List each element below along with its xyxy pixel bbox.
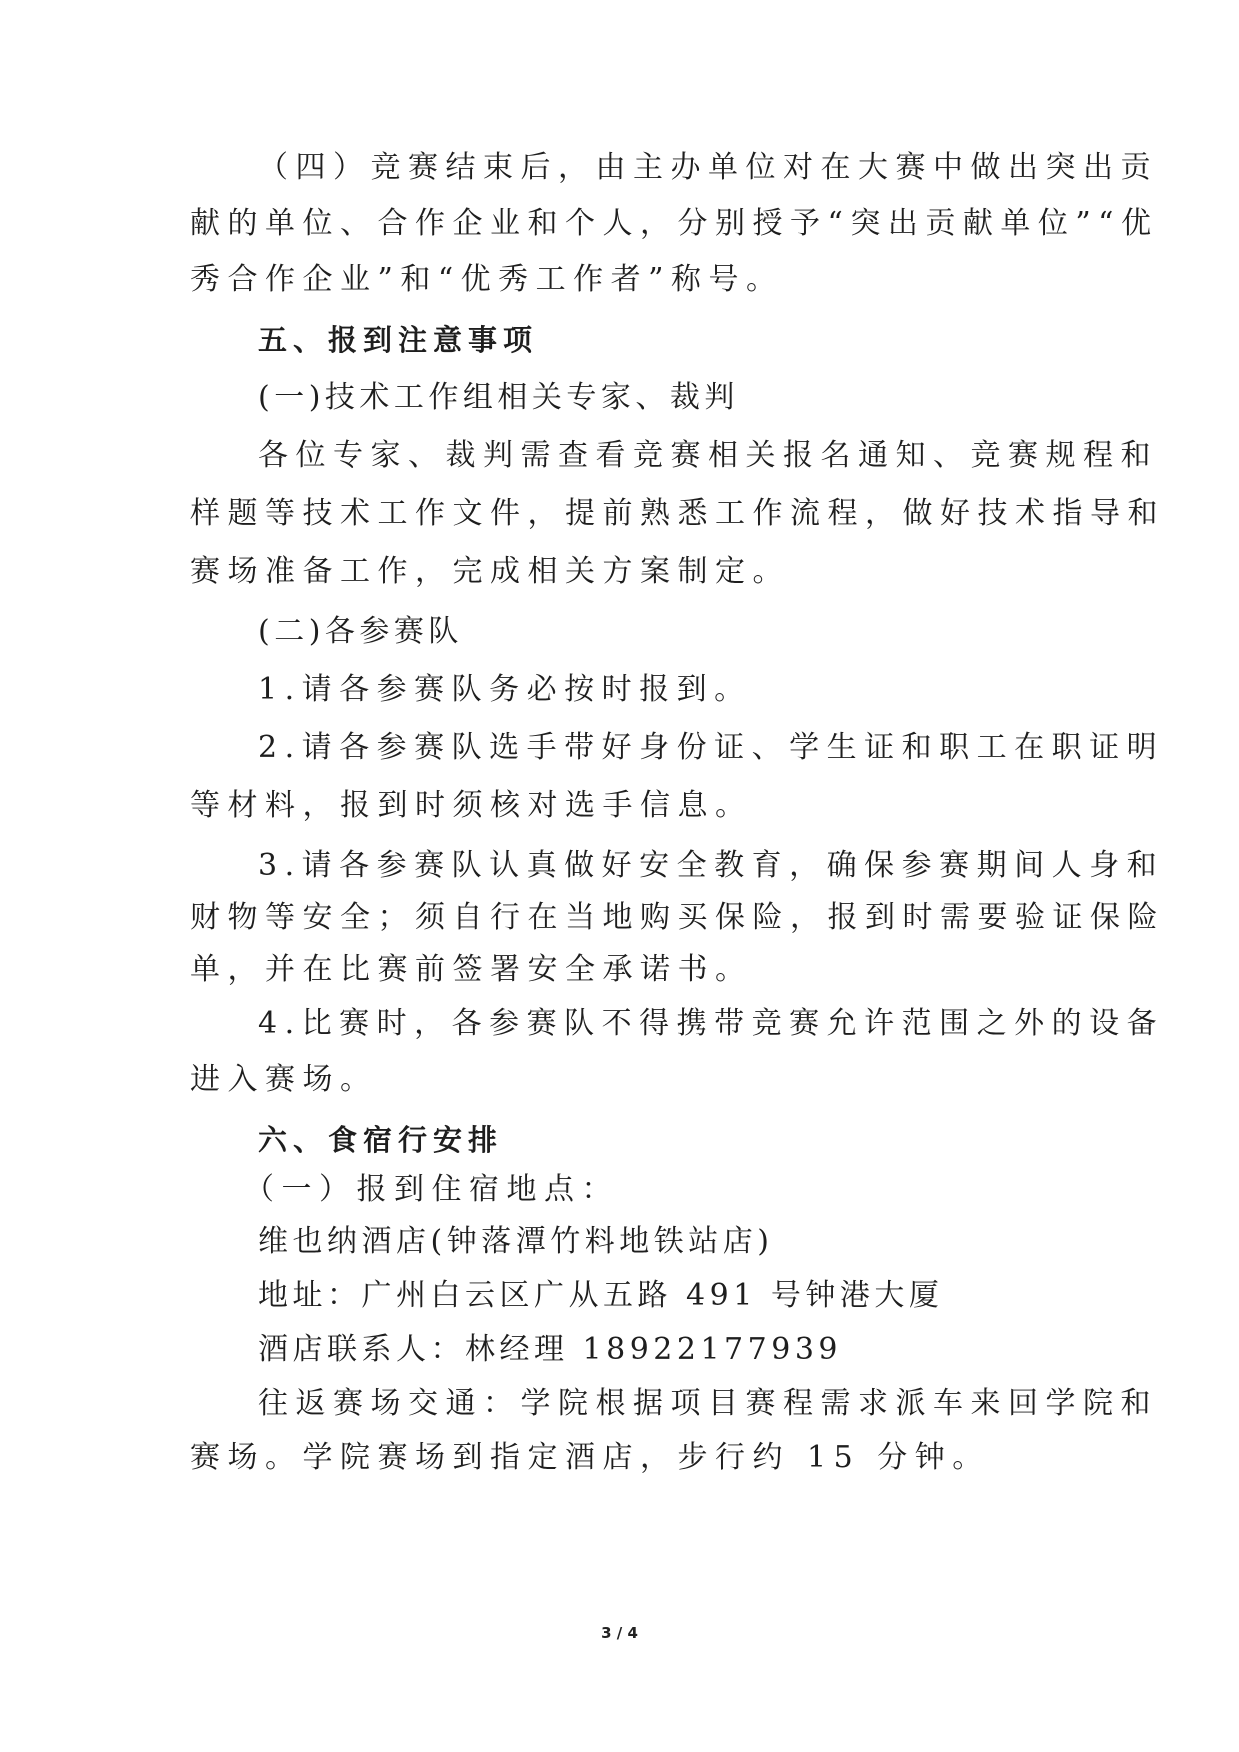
- hotel-name: 维也纳酒店(钟落潭竹料地铁站店): [258, 1222, 773, 1262]
- subheading-technical-experts: (一)技术工作组相关专家、裁判: [258, 378, 739, 418]
- paragraph-experts-line-1: 各位专家、裁判需查看竞赛相关报名通知、竞赛规程和: [258, 436, 1158, 476]
- hotel-contact: 酒店联系人：林经理 18922177939: [258, 1330, 842, 1370]
- subheading-teams: (二)各参赛队: [258, 612, 463, 652]
- list-item-2-line-2: 等材料，报到时须核对选手信息。: [190, 786, 753, 826]
- paragraph-experts-line-3: 赛场准备工作，完成相关方案制定。: [190, 552, 790, 592]
- list-item-2-line-1: 2.请各参赛队选手带好身份证、学生证和职工在职证明: [258, 728, 1164, 768]
- section-heading-registration-notes: 五、报到注意事项: [258, 320, 538, 360]
- list-item-4-line-1: 4.比赛时，各参赛队不得携带竞赛允许范围之外的设备: [258, 1004, 1164, 1044]
- list-item-3-line-3: 单，并在比赛前签署安全承诺书。: [190, 950, 753, 990]
- paragraph-awards-line-2: 献的单位、合作企业和个人，分别授予“突出贡献单位”“优: [190, 204, 1159, 244]
- hotel-address: 地址：广州白云区广从五路 491 号钟港大厦: [258, 1276, 943, 1316]
- page-number: 3 / 4: [0, 1624, 1239, 1642]
- section-heading-accommodation: 六、食宿行安排: [258, 1120, 503, 1160]
- subheading-hotel-location: （一）报到住宿地点：: [244, 1170, 619, 1210]
- paragraph-awards-line-1: （四）竞赛结束后，由主办单位对在大赛中做出突出贡: [258, 148, 1158, 188]
- paragraph-experts-line-2: 样题等技术工作文件，提前熟悉工作流程，做好技术指导和: [190, 494, 1165, 534]
- list-item-1: 1.请各参赛队务必按时报到。: [258, 670, 752, 710]
- transport-line-1: 往返赛场交通：学院根据项目赛程需求派车来回学院和: [258, 1384, 1158, 1424]
- document-page: （四）竞赛结束后，由主办单位对在大赛中做出突出贡 献的单位、合作企业和个人，分别…: [0, 0, 1239, 1752]
- list-item-4-line-2: 进入赛场。: [190, 1060, 378, 1100]
- list-item-3-line-2: 财物等安全；须自行在当地购买保险，报到时需要验证保险: [190, 898, 1165, 938]
- paragraph-awards-line-3: 秀合作企业”和“优秀工作者”称号。: [190, 260, 784, 300]
- list-item-3-line-1: 3.请各参赛队认真做好安全教育，确保参赛期间人身和: [258, 846, 1164, 886]
- transport-line-2: 赛场。学院赛场到指定酒店，步行约 15 分钟。: [190, 1438, 990, 1478]
